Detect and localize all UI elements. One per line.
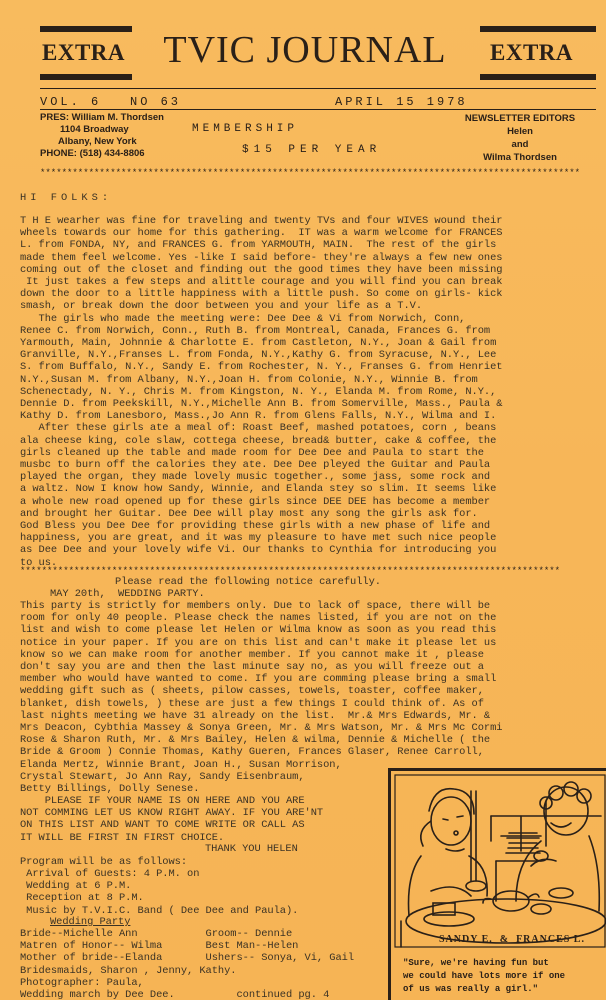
issue-number: NO 63 — [130, 95, 181, 109]
wedding-party-heading: Wedding Party — [50, 916, 130, 928]
article-line: The girls who made the meeting were: Dee… — [20, 313, 502, 325]
notice-line: member who would have wanted to come. If… — [20, 673, 502, 685]
notice-line: Rose & Sharon Ruth, Mr. & Mrs Bailey, He… — [20, 734, 502, 746]
notice-line: wedding gift such as ( sheets, pilow cas… — [20, 685, 502, 697]
article-line: coming out of the closet and finding out… — [20, 264, 502, 276]
article-line: girls cleaned up the table and made room… — [20, 447, 502, 459]
article-line: Renee C. from Norwich, Conn., Ruth B. fr… — [20, 325, 502, 337]
issue-date: APRIL 15 1978 — [335, 95, 468, 109]
wedding-party-line: Mother of bride--Elanda Ushers-- Sonya, … — [20, 952, 354, 964]
article-line: Dennie D. from Peekskill, N.Y.,Michelle … — [20, 398, 502, 410]
program-item: Wedding at 6 P.M. — [20, 880, 298, 892]
notice-signoff: THANK YOU HELEN — [205, 843, 298, 855]
membership-price: $15 PER YEAR — [242, 144, 381, 156]
article-line: God Bless you Dee Dee for providing thes… — [20, 520, 502, 532]
newsletter-editors: NEWSLETTER EDITORS Helen and Wilma Thord… — [445, 112, 595, 164]
masthead-bar-right-bottom — [480, 74, 596, 80]
cartoon-illustration-icon — [391, 771, 606, 951]
article-line: N.Y.,Susan M. from Albany, N.Y.,Joan H. … — [20, 374, 502, 386]
article-line: Schenectady, N. Y., Chris M. from Kingst… — [20, 386, 502, 398]
cartoon-credit: SANDY E. & FRANCES L. — [439, 934, 585, 945]
program-item: Reception at 8 P.M. — [20, 892, 298, 904]
program-item: Music by T.V.I.C. Band ( Dee Dee and Pau… — [20, 905, 298, 917]
membership-label: MEMBERSHIP — [192, 123, 298, 135]
star-divider-top: ****************************************… — [40, 168, 596, 178]
article-line: played the organ, they made lovely music… — [20, 471, 502, 483]
article-line: S. from Buffalo, N.Y., Sandy E. from Roc… — [20, 361, 502, 373]
article-line: a waltz. Now I know how Sandy, Winnie, a… — [20, 483, 502, 495]
program-items: Arrival of Guests: 4 P.M. on Wedding at … — [20, 868, 298, 917]
article-line: Granville, N.Y.,Franses L. from Fonda, N… — [20, 349, 502, 361]
wedding-party-line: Matren of Honor-- Wilma Best Man--Helen — [20, 940, 354, 952]
article-line: smash, or break down the door between yo… — [20, 300, 502, 312]
notice-please-line: ON THIS LIST AND WANT TO COME WRITE OR C… — [20, 819, 323, 831]
notice-line: Bride & Groom ) Connie Thomas, Kathy Gue… — [20, 746, 502, 758]
volume-number: VOL. 6 — [40, 95, 101, 109]
article-line: down the door to a little happiness with… — [20, 288, 502, 300]
notice-line: This party is strictly for members only.… — [20, 600, 502, 612]
notice-please: PLEASE IF YOUR NAME IS ON HERE AND YOU A… — [20, 795, 323, 844]
article-line: ala cheese king, cole slaw, cottega chee… — [20, 435, 502, 447]
notice-line: Mrs Deacon, Cybthia Massey & Sonya Green… — [20, 722, 502, 734]
notice-please-line: IT WILL BE FIRST IN FIRST CHOICE. — [20, 832, 323, 844]
article-line: wheels towards our home for this gatheri… — [20, 227, 502, 239]
article-line: Kathy D. from Lanesboro, Mass.,Jo Ann R.… — [20, 410, 502, 422]
newsletter-page: EXTRA TVIC JOURNAL EXTRA VOL. 6 NO 63 AP… — [0, 0, 606, 1000]
article-line: and brought her Guitar. Dee Dee will pla… — [20, 508, 502, 520]
article-line: a whole new road opened up for these gir… — [20, 496, 502, 508]
caption-line: we could have lots more if one — [403, 970, 603, 983]
article-line: Yarmouth, Main, Johnnie & Charlotte E. f… — [20, 337, 502, 349]
masthead-bar-right-top — [480, 26, 596, 32]
notice-line: notice in your paper. If you are on this… — [20, 637, 502, 649]
notice-line: room for only 40 people. Please check th… — [20, 612, 502, 624]
cartoon-caption: "Sure, we're having fun butwe could have… — [403, 957, 603, 996]
president-info: PRES: William M. Thordsen 1104 Broadway … — [40, 112, 164, 160]
notice-line: know so we can make room for another mem… — [20, 649, 502, 661]
wedding-party-line: Bridesmaids, Sharon , Jenny, Kathy. — [20, 965, 354, 977]
program-intro: Program will be as follows: — [20, 856, 187, 868]
article-line: musbc to burn off the calories they ate.… — [20, 459, 502, 471]
wedding-party-list: Bride--Michelle Ann Groom-- DennieMatren… — [20, 928, 354, 1000]
notice-subheading: MAY 20th, WEDDING PARTY. — [50, 588, 205, 600]
caption-line: of us was really a girl." — [403, 983, 603, 996]
masthead-bar-left-bottom — [40, 74, 132, 80]
header-rule-top — [40, 88, 596, 89]
article-line: as Dee Dee and your lovely wife Vi. Our … — [20, 544, 502, 556]
notice-please-line: PLEASE IF YOUR NAME IS ON HERE AND YOU A… — [20, 795, 323, 807]
wedding-party-line: Bride--Michelle Ann Groom-- Dennie — [20, 928, 354, 940]
notice-body: This party is strictly for members only.… — [20, 600, 502, 795]
masthead-bar-left-top — [40, 26, 132, 32]
notice-line: don't say you are and then the last minu… — [20, 661, 502, 673]
wedding-party-line: Wedding march by Dee Dee. continued pg. … — [20, 989, 354, 1000]
article-line: made them feel welcome. Yes -like I said… — [20, 252, 502, 264]
notice-line: list and wish to come please let Helen o… — [20, 624, 502, 636]
star-divider-notice: ****************************************… — [20, 566, 590, 576]
extra-label-left: EXTRA — [42, 40, 125, 66]
header-rule-bottom — [40, 109, 596, 110]
article-line: L. from FONDA, NY, and FRANCES G. from Y… — [20, 239, 502, 251]
notice-please-line: NOT COMMING LET US KNOW RIGHT AWAY. IF Y… — [20, 807, 323, 819]
notice-line: blanket, dish towels, ) these are just a… — [20, 698, 502, 710]
article-line: After these girls ate a meal of: Roast B… — [20, 422, 502, 434]
article-line: It just takes a few steps and alittle co… — [20, 276, 502, 288]
cartoon-panel: SANDY E. & FRANCES L. "Sure, we're havin… — [388, 768, 606, 1000]
article-line: T H E wearher was fine for traveling and… — [20, 215, 502, 227]
notice-heading: Please read the following notice careful… — [115, 576, 381, 588]
extra-label-right: EXTRA — [490, 40, 573, 66]
notice-line: last nights meeting we have 31 already o… — [20, 710, 502, 722]
caption-line: "Sure, we're having fun but — [403, 957, 603, 970]
greeting: HI FOLKS: — [20, 192, 112, 204]
wedding-party-line: Photographer: Paula, — [20, 977, 354, 989]
journal-title: TVIC JOURNAL — [150, 28, 460, 72]
program-item: Arrival of Guests: 4 P.M. on — [20, 868, 298, 880]
article-line: happiness, you are great, and it was my … — [20, 532, 502, 544]
article-body: T H E wearher was fine for traveling and… — [20, 215, 502, 569]
